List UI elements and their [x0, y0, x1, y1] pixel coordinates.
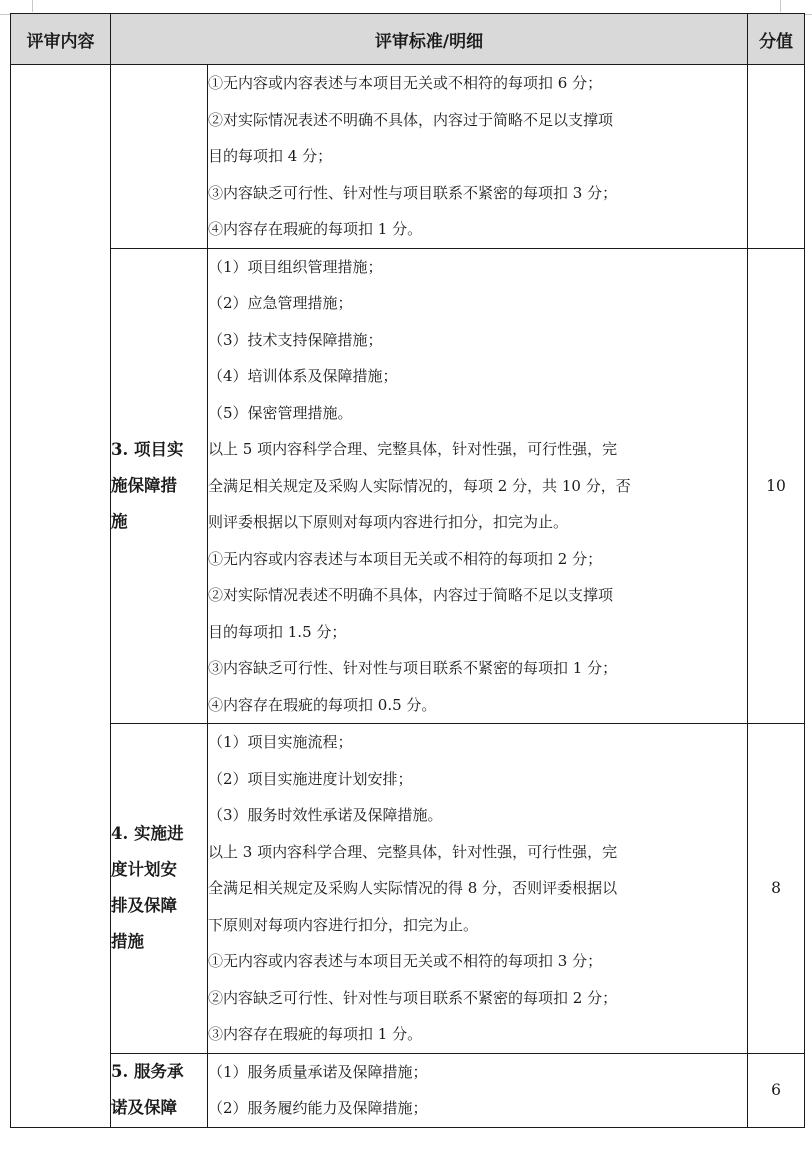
criteria-line: ④内容存在瑕疵的每项扣 0.5 分。 — [208, 687, 747, 724]
header-review-criteria: 评审标准/明细 — [111, 14, 748, 65]
category-line: 措施 — [111, 924, 207, 960]
header-review-content: 评审内容 — [11, 14, 111, 65]
criteria-cell: （1）项目组织管理措施； （2）应急管理措施； （3）技术支持保障措施； （4）… — [208, 248, 748, 724]
score-cell: 10 — [748, 248, 805, 724]
criteria-line: 全满足相关规定及采购人实际情况的得 8 分，否则评委根据以 — [208, 870, 747, 907]
header-row: 评审内容 评审标准/明细 分值 — [11, 14, 805, 65]
category-line: 5. 服务承 — [111, 1054, 207, 1090]
table-row: 5. 服务承 诺及保障 （1）服务质量承诺及保障措施； （2）服务履约能力及保障… — [11, 1053, 805, 1127]
crop-mark — [780, 0, 781, 12]
score-cell — [748, 65, 805, 249]
criteria-line: 以上 3 项内容科学合理、完整具体，针对性强，可行性强，完 — [208, 834, 747, 871]
criteria-line: ③内容缺乏可行性、针对性与项目联系不紧密的每项扣 1 分； — [208, 650, 747, 687]
category-line: 4. 实施进 — [111, 816, 207, 852]
criteria-line: ③内容存在瑕疵的每项扣 1 分。 — [208, 1016, 747, 1053]
category-cell: 5. 服务承 诺及保障 — [111, 1053, 208, 1127]
scoring-table: 评审内容 评审标准/明细 分值 ①无内容或内容表述与本项目无关或不相符的每项扣 … — [10, 13, 805, 1128]
criteria-line: 则评委根据以下原则对每项内容进行扣分，扣完为止。 — [208, 504, 747, 541]
category-line: 度计划安 — [111, 852, 207, 888]
criteria-line: 下原则对每项内容进行扣分，扣完为止。 — [208, 907, 747, 944]
category-line: 施保障措 — [111, 468, 207, 504]
table-row: 3. 项目实 施保障措 施 （1）项目组织管理措施； （2）应急管理措施； （3… — [11, 248, 805, 724]
criteria-cell: （1）服务质量承诺及保障措施； （2）服务履约能力及保障措施； — [208, 1053, 748, 1127]
criteria-line: （2）服务履约能力及保障措施； — [208, 1090, 747, 1127]
category-line: 施 — [111, 504, 207, 540]
criteria-cell: ①无内容或内容表述与本项目无关或不相符的每项扣 6 分； ②对实际情况表述不明确… — [208, 65, 748, 249]
criteria-line: （1）项目组织管理措施； — [208, 249, 747, 286]
criteria-line: ①无内容或内容表述与本项目无关或不相符的每项扣 6 分； — [208, 65, 747, 102]
table-row: ①无内容或内容表述与本项目无关或不相符的每项扣 6 分； ②对实际情况表述不明确… — [11, 65, 805, 249]
criteria-line: （1）服务质量承诺及保障措施； — [208, 1054, 747, 1091]
criteria-line: （2）项目实施进度计划安排； — [208, 761, 747, 798]
criteria-line: （3）技术支持保障措施； — [208, 322, 747, 359]
criteria-line: 以上 5 项内容科学合理、完整具体，针对性强，可行性强，完 — [208, 431, 747, 468]
review-content-cell — [11, 65, 111, 1128]
criteria-line: ①无内容或内容表述与本项目无关或不相符的每项扣 2 分； — [208, 541, 747, 578]
criteria-line: （1）项目实施流程； — [208, 724, 747, 761]
criteria-line: ①无内容或内容表述与本项目无关或不相符的每项扣 3 分； — [208, 943, 747, 980]
criteria-line: （2）应急管理措施； — [208, 285, 747, 322]
criteria-line: ②对实际情况表述不明确不具体，内容过于简略不足以支撑项 — [208, 577, 747, 614]
criteria-line: （5）保密管理措施。 — [208, 395, 747, 432]
category-cell: 4. 实施进 度计划安 排及保障 措施 — [111, 724, 208, 1054]
criteria-line: （3）服务时效性承诺及保障措施。 — [208, 797, 747, 834]
score-cell: 8 — [748, 724, 805, 1054]
criteria-cell: （1）项目实施流程； （2）项目实施进度计划安排； （3）服务时效性承诺及保障措… — [208, 724, 748, 1054]
category-line: 3. 项目实 — [111, 432, 207, 468]
category-line: 诺及保障 — [111, 1090, 207, 1126]
category-cell: 3. 项目实 施保障措 施 — [111, 248, 208, 724]
category-line: 排及保障 — [111, 888, 207, 924]
criteria-line: 目的每项扣 4 分； — [208, 138, 747, 175]
category-cell — [111, 65, 208, 249]
criteria-line: ②对实际情况表述不明确不具体，内容过于简略不足以支撑项 — [208, 102, 747, 139]
header-score: 分值 — [748, 14, 805, 65]
crop-mark — [0, 14, 10, 15]
criteria-line: （4）培训体系及保障措施； — [208, 358, 747, 395]
criteria-line: ②内容缺乏可行性、针对性与项目联系不紧密的每项扣 2 分； — [208, 980, 747, 1017]
criteria-line: ③内容缺乏可行性、针对性与项目联系不紧密的每项扣 3 分； — [208, 175, 747, 212]
crop-mark — [32, 0, 33, 12]
score-cell: 6 — [748, 1053, 805, 1127]
criteria-line: ④内容存在瑕疵的每项扣 1 分。 — [208, 211, 747, 248]
criteria-line: 全满足相关规定及采购人实际情况的，每项 2 分，共 10 分，否 — [208, 468, 747, 505]
table-row: 4. 实施进 度计划安 排及保障 措施 （1）项目实施流程； （2）项目实施进度… — [11, 724, 805, 1054]
criteria-line: 目的每项扣 1.5 分； — [208, 614, 747, 651]
